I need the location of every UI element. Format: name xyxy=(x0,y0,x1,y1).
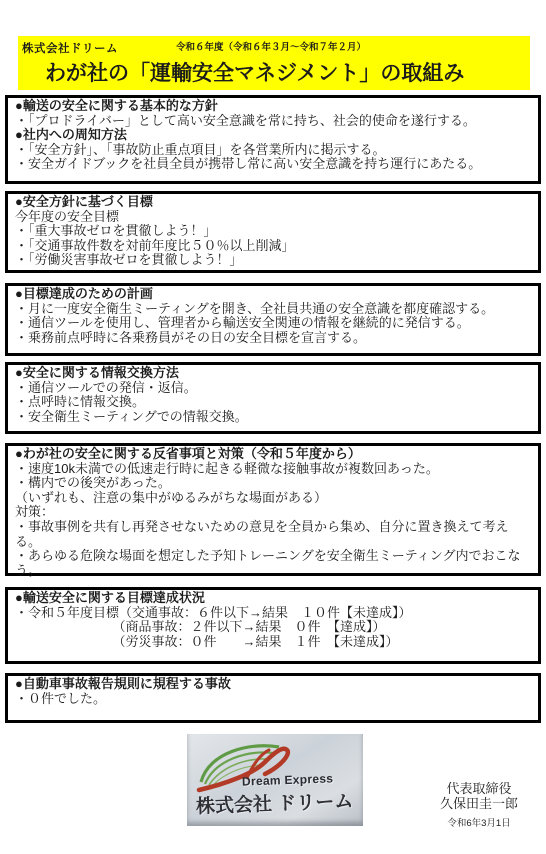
body-line: 今年度の安全目標 xyxy=(15,210,532,225)
body-line: ・速度10k未満での低速走行時に起きる軽微な接触事故が複数回あった。 xyxy=(15,462,532,477)
body-line: ・月に一度安全衛生ミーティングを開き、全社員共通の安全意識を都度確認する。 xyxy=(15,302,532,317)
logo-text-english: Dream Express xyxy=(242,771,334,788)
section-heading: ●安全に関する情報交換方法 xyxy=(15,366,532,381)
body-line: （労災事故：０件 →結果 １件 【未達成】） xyxy=(15,635,532,650)
body-line: ・通信ツールを使用し、管理者から輸送安全関連の情報を継続的に発信する。 xyxy=(15,316,532,331)
body-line: ・乗務前点呼時に各乗務員がその日の安全目標を宣言する。 xyxy=(15,331,532,346)
body-line: ・あらゆる危険な場面を想定した予知トレーニングを安全衛生ミーティング内でおこなう… xyxy=(15,549,532,578)
logo-text-japanese: 株式会社 ドリーム xyxy=(196,786,354,818)
section-heading: ●自動車事故報告規則に規程する事故 xyxy=(15,677,532,692)
document-date: 令和6年3月1日 xyxy=(425,815,533,829)
section-heading: ●わが社の安全に関する反省事項と対策（令和５年度から） xyxy=(15,447,532,462)
section-heading: ●輸送安全に関する目標達成状況 xyxy=(15,591,532,606)
safety-goals-box: ●安全方針に基づく目標 今年度の安全目標 ・「重大事故ゼロを貫徹しよう！」 ・「… xyxy=(5,191,541,273)
company-logo-photo: Dream Express 株式会社 ドリーム xyxy=(187,734,363,826)
body-line: ・点呼時に情報交換。 xyxy=(15,395,532,410)
basic-policy-box: ●輸送の安全に関する基本的な方針 ・「プロドライバー」として高い安全意識を常に持… xyxy=(5,95,541,184)
body-line: ・令和５年度目標（交通事故：６件以下→結果 １０件【未達成】） xyxy=(15,606,532,621)
body-line: ・「安全方針」、「事故防止重点項目」を各営業所内に掲示する。 xyxy=(15,143,532,158)
body-line: ・安全ガイドブックを社員全員が携帯し常に高い安全意識を持ち運行にあたる。 xyxy=(15,157,532,172)
section-heading: ●輸送の安全に関する基本的な方針 xyxy=(15,99,532,114)
document-page: 株式会社ドリーム 令和６年度（令和６年３月～令和７年２月） わが社の「運輸安全マ… xyxy=(0,0,546,854)
body-line: ・「プロドライバー」として高い安全意識を常に持ち、社会的使命を遂行する。 xyxy=(15,114,532,129)
body-line: （いずれも、注意の集中がゆるみがちな場面がある） xyxy=(15,491,532,506)
company-name: 株式会社ドリーム xyxy=(22,40,118,56)
body-line: ・「交通事故件数を対前年度比５０％以上削減」 xyxy=(15,239,532,254)
section-heading: ●社内への周知方法 xyxy=(15,128,532,143)
reportable-accidents-box: ●自動車事故報告規則に規程する事故 ・０件でした。 xyxy=(5,673,541,723)
section-heading: ●目標達成のための計画 xyxy=(15,287,532,302)
achievement-plan-box: ●目標達成のための計画 ・月に一度安全衛生ミーティングを開き、全社員共通の安全意… xyxy=(5,283,541,356)
signature-block: 代表取締役 久保田圭一郎 令和6年3月1日 xyxy=(425,781,533,829)
reflection-countermeasures-box: ●わが社の安全に関する反省事項と対策（令和５年度から） ・速度10k未満での低速… xyxy=(5,443,541,576)
info-exchange-box: ●安全に関する情報交換方法 ・通信ツールでの発信・返信。 ・点呼時に情報交換。 … xyxy=(5,362,541,434)
fiscal-period: 令和６年度（令和６年３月～令和７年２月） xyxy=(176,39,366,53)
section-heading: ●安全方針に基づく目標 xyxy=(15,195,532,210)
body-line: ・通信ツールでの発信・返信。 xyxy=(15,381,532,396)
body-line: ・「労働災害事故ゼロを貫徹しよう！」 xyxy=(15,253,532,268)
body-line: ・安全衛生ミーティングでの情報交換。 xyxy=(15,410,532,425)
body-line: ・０件でした。 xyxy=(15,692,532,707)
body-line: ・構内での後突があった。 xyxy=(15,476,532,491)
signer-title: 代表取締役 xyxy=(425,781,533,796)
body-line: ・「重大事故ゼロを貫徹しよう！」 xyxy=(15,224,532,239)
signer-name: 久保田圭一郎 xyxy=(425,796,533,811)
document-header: 株式会社ドリーム 令和６年度（令和６年３月～令和７年２月） わが社の「運輸安全マ… xyxy=(18,36,530,90)
body-line: ・事故事例を共有し再発させないための意見を全員から集め、自分に置き換えて考える。 xyxy=(15,520,532,549)
body-line: 対策： xyxy=(15,505,532,520)
goal-achievement-status-box: ●輸送安全に関する目標達成状況 ・令和５年度目標（交通事故：６件以下→結果 １０… xyxy=(5,587,541,664)
page-title: わが社の「運輸安全マネジメント」の取組み xyxy=(45,57,464,87)
body-line: （商品事故：２件以下→結果 ０件 【達成】） xyxy=(15,620,532,635)
